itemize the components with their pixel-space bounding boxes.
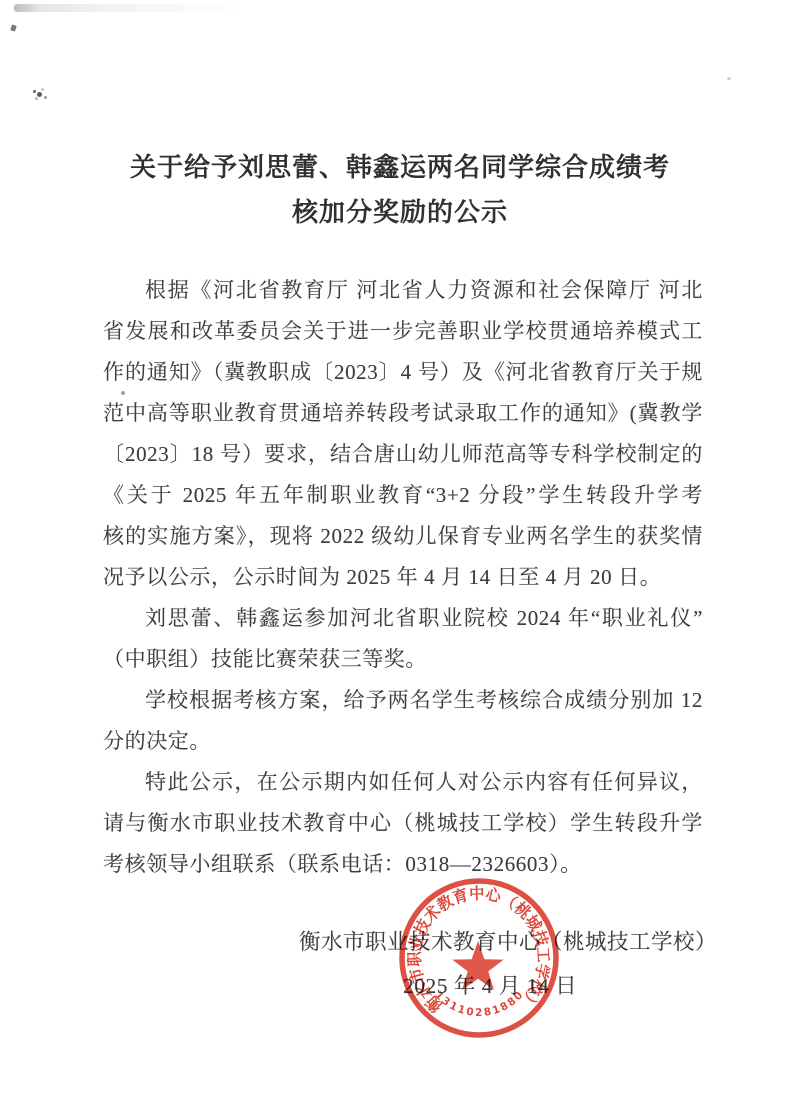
star-icon xyxy=(452,941,503,990)
body-line: 请与衡水市职业技术教育中心（桃城技工学校）学生转段升学 xyxy=(103,803,703,844)
body-line: 核的实施方案》，现将 2022 级幼儿保育专业两名学生的获奖情 xyxy=(103,516,703,557)
official-seal: 衡水市职业技术教育中心（桃城技工学校） 1311028188086 xyxy=(383,862,575,1054)
scan-artifact-speck xyxy=(727,77,731,80)
body-line: 学校根据考核方案，给予两名学生考核综合成绩分别加 12 xyxy=(103,680,703,721)
scan-artifact-speck xyxy=(33,90,36,93)
body-line: 作的通知》（冀教职成〔2023〕4 号）及《河北省教育厅关于规 xyxy=(103,352,703,393)
body-line: 《关于 2025 年五年制职业教育“3+2 分段”学生转段升学考 xyxy=(103,475,703,516)
scan-artifact-smudge xyxy=(14,4,240,12)
body-line: 根据《河北省教育厅 河北省人力资源和社会保障厅 河北 xyxy=(103,270,703,311)
body-line: 况予以公示，公示时间为 2025 年 4 月 14 日至 4 月 20 日。 xyxy=(103,557,703,598)
document-body: 根据《河北省教育厅 河北省人力资源和社会保障厅 河北省发展和改革委员会关于进一步… xyxy=(103,270,703,885)
body-line: 特此公示，在公示期内如任何人对公示内容有任何异议， xyxy=(103,762,703,803)
body-line: 省发展和改革委员会关于进一步完善职业学校贯通培养模式工 xyxy=(103,311,703,352)
scan-artifact-tick xyxy=(10,24,17,31)
document-title-line-2: 核加分奖励的公示 xyxy=(0,190,800,235)
body-line: 刘思蕾、韩鑫运参加河北省职业院校 2024 年“职业礼仪” xyxy=(103,598,703,639)
body-line: （中职组）技能比赛荣获三等奖。 xyxy=(103,639,703,680)
document-title: 关于给予刘思蕾、韩鑫运两名同学综合成绩考 核加分奖励的公示 xyxy=(0,145,800,235)
body-line: 范中高等职业教育贯通培养转段考试录取工作的通知》(冀教学 xyxy=(103,393,703,434)
scanned-document-page: 关于给予刘思蕾、韩鑫运两名同学综合成绩考 核加分奖励的公示 根据《河北省教育厅 … xyxy=(0,0,800,1099)
body-line: 分的决定。 xyxy=(103,721,703,762)
document-title-line-1: 关于给予刘思蕾、韩鑫运两名同学综合成绩考 xyxy=(0,145,800,190)
body-line: 〔2023〕18 号）要求，结合唐山幼儿师范高等专科学校制定的 xyxy=(103,434,703,475)
